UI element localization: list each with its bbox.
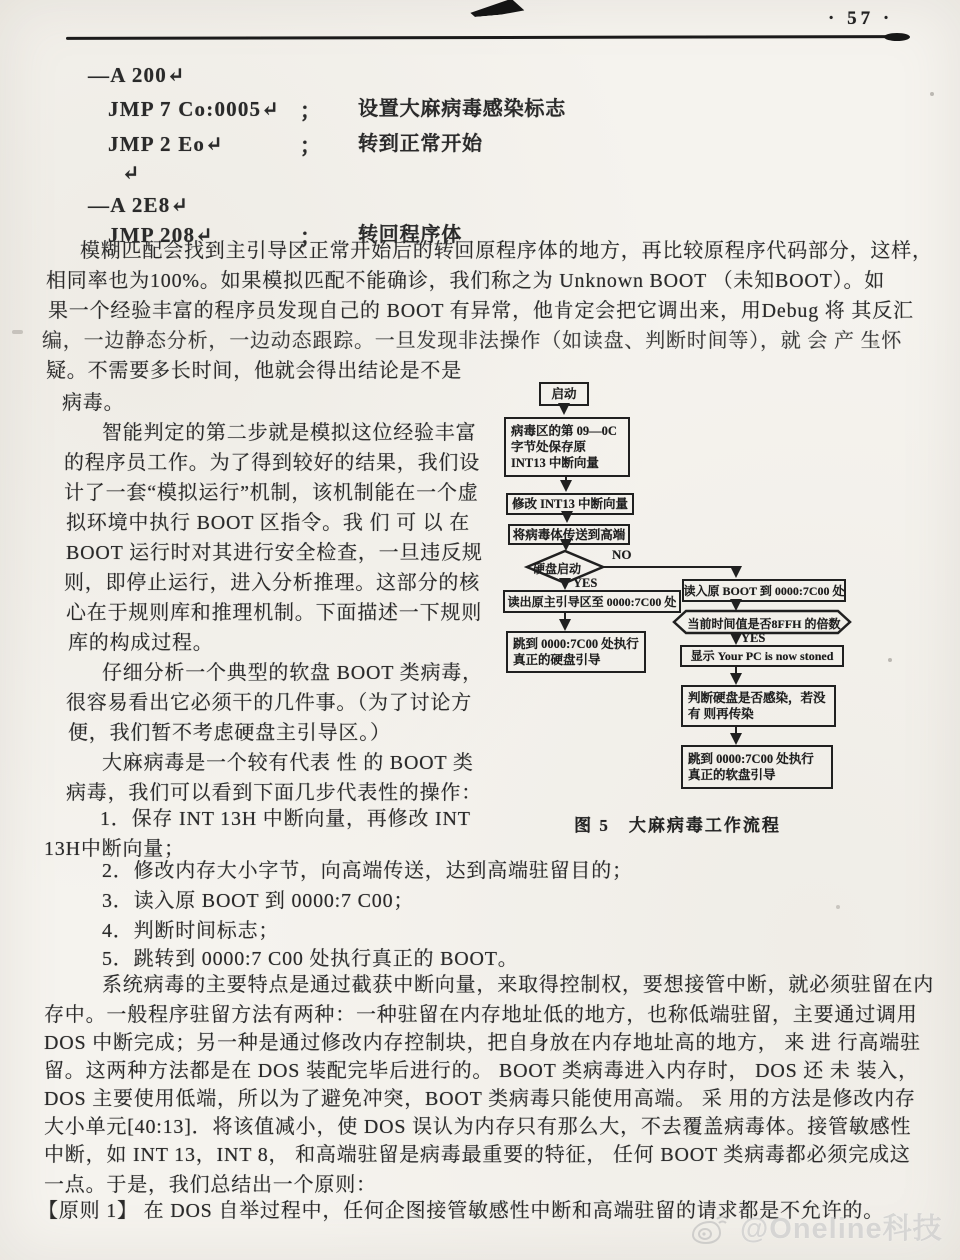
flow-hd-boot-decision-label: 硬盘启动 xyxy=(533,560,581,577)
column-line-2: 智能判定的第二步就是模拟这位经验丰富 xyxy=(102,420,476,446)
header-rule xyxy=(66,35,904,40)
code-line-2-separator: ； xyxy=(300,98,322,124)
list-item-2: 2．修改内存大小字节，向高端传送，达到高端驻留目的； xyxy=(102,858,633,884)
figure-caption: 图 5 大麻病毒工作流程 xyxy=(560,811,795,836)
column-line-6: BOOT 运行时对其进行安全检查，一旦违反规 xyxy=(66,540,483,566)
column-line-5: 拟环境中执行 BOOT 区指令。我 们 可 以 在 xyxy=(66,510,470,536)
para2-line-7: 中断，如 INT 13，INT 8， 和高端驻留是病毒最重要的特征， 任何 BO… xyxy=(44,1142,911,1168)
code-line-2-cmd: JMP 7 Co:0005↵ xyxy=(108,96,280,122)
flow-yes-label-2: YES xyxy=(741,631,765,646)
list-item-3: 3．读入原 BOOT 到 0000:7 C00； xyxy=(102,888,414,914)
scan-speck xyxy=(888,658,892,662)
para2-line-6: 大小单元[40:13]．将该值减小，使 DOS 误认为内存只有那么大，不去覆盖病… xyxy=(44,1114,911,1140)
flow-save-int13-node: 病毒区的第 09—0C 字节处保存原 INT13 中断向量 xyxy=(504,417,630,477)
column-line-4: 计了一套“模拟运行”机制，该机制能在一个虚 xyxy=(64,480,479,506)
code-line-3-comment: 转到正常开始 xyxy=(358,131,483,157)
flow-yes-label-1: YES xyxy=(573,576,597,591)
column-line-8: 心在于规则库和推理机制。下面描述一下规则 xyxy=(66,600,482,626)
flow-modify-int13-node: 修改 INT13 中断向量 xyxy=(506,493,634,515)
code-line-1: —A 200↵ xyxy=(88,62,186,88)
code-line-4: ↵ xyxy=(122,160,141,186)
column-line-9: 库的构成过程。 xyxy=(68,630,214,656)
code-line-5: —A 2E8↵ xyxy=(88,192,189,218)
para2-line-3: DOS 中断完成；另一种是通过修改内存控制块，把自身放在内存地址高的地方， 来 … xyxy=(44,1030,921,1056)
scanned-document-page: · 57 · —A 200↵ JMP 7 Co:0005↵ ； 设置大麻病毒感染… xyxy=(0,0,960,1260)
watermark-text: @Oneline科技 xyxy=(740,1206,943,1247)
header-rule-tip xyxy=(884,33,910,41)
code-line-3-separator: ； xyxy=(300,133,322,159)
page-number: · 57 · xyxy=(828,6,893,32)
column-line-7: 则，即停止运行，进入分析推理。这部分的核 xyxy=(64,570,480,596)
column-line-1: 病毒。 xyxy=(62,390,124,416)
para2-line-8: 一点。于是，我们总结出一个原则： xyxy=(44,1172,377,1198)
para2-line-4: 留。这两种方法都是在 DOS 装配完毕后进行的。 BOOT 类病毒进入内存时， … xyxy=(44,1058,919,1084)
column-line-10: 仔细分析一个典型的软盘 BOOT 类病毒， xyxy=(102,660,483,686)
weibo-logo-icon xyxy=(690,1209,734,1245)
list-item-5: 5．跳转到 0000:7 C00 处执行真正的 BOOT。 xyxy=(102,946,519,972)
para2-line-1: 系统病毒的主要特点是通过截获中断向量，来取得控制权，要想接管中断，就必须驻留在内 xyxy=(102,972,934,998)
para1-line-1: 模糊匹配会找到主引导区正常开始后的转回原程序体的地方，再比较原程序代码部分，这样… xyxy=(80,238,933,264)
flow-read-mbr-node: 读出原主引导区至 0000:7C00 处 xyxy=(503,590,681,613)
code-line-3-cmd: JMP 2 Eo↵ xyxy=(108,131,224,157)
flow-start-node: 启动 xyxy=(539,382,589,406)
column-line-13: 大麻病毒是一个较有代表 性 的 BOOT 类 xyxy=(102,750,474,776)
code-line-2-comment: 设置大麻病毒感染标志 xyxy=(358,96,566,122)
scan-speck xyxy=(930,92,934,96)
flow-read-boot-node: 读入原 BOOT 到 0000:7C00 处 xyxy=(682,579,846,602)
column-line-11: 很容易看出它必须干的几件事。（为了讨论方 xyxy=(66,690,472,716)
ink-smudge xyxy=(469,0,524,17)
column-line-15: 1．保存 INT 13H 中断向量，再修改 INT xyxy=(100,806,471,832)
flow-move-high-node: 将病毒体传送到高端 xyxy=(508,524,630,545)
para1-line-2: 相同率也为100%。如果模拟匹配不能确诊，我们称之为 Unknown BOOT … xyxy=(46,268,885,294)
watermark: @Oneline科技 xyxy=(690,1206,943,1247)
flow-no-label: NO xyxy=(612,547,632,563)
flow-time-check-label: 当前时间值是否8FFH 的倍数 xyxy=(682,615,846,632)
para1-line-5: 疑。不需要多长时间，他就会得出结论是不是 xyxy=(46,358,462,384)
flow-stoned-message-node: 显示 Your PC is now stoned xyxy=(680,645,844,667)
flow-jump-hd-boot-node: 跳到 0000:7C00 处执行 真正的硬盘引导 xyxy=(506,631,646,673)
scan-speck xyxy=(873,341,878,346)
para2-line-2: 存中。一般程序驻留方法有两种：一种驻留在内存地址低的地方，也称低端驻留，主要通过… xyxy=(44,1002,918,1028)
para1-line-3: 果一个经验丰富的程序员发现自己的 BOOT 有异常，他肯定会把它调出来，用Deb… xyxy=(48,298,914,324)
flowchart-figure-5: 启动 病毒区的第 09—0C 字节处保存原 INT13 中断向量 修改 INT1… xyxy=(480,373,945,843)
scan-speck xyxy=(12,330,23,334)
flow-check-infection-node: 判断硬盘是否感染，若没有 则再传染 xyxy=(681,685,836,727)
para2-line-5: DOS 主要使用低端，所以为了避免冲突，BOOT 类病毒只能使用高端。 采 用的… xyxy=(44,1086,916,1112)
list-item-4: 4．判断时间标志； xyxy=(102,918,279,944)
column-line-3: 的程序员工作。为了得到较好的结果，我们设 xyxy=(64,450,480,476)
para1-line-4: 编，一边静态分析，一边动态跟踪。一旦发现非法操作（如读盘、判断时间等），就 会 … xyxy=(42,328,902,354)
column-line-12: 便，我们暂不考虑硬盘主引导区。） xyxy=(68,720,391,746)
flow-jump-fd-boot-node: 跳到 0000:7C00 处执行 真正的软盘引导 xyxy=(681,745,833,789)
scan-speck xyxy=(836,905,840,909)
column-line-14: 病毒，我们可以看到下面几步代表性的操作： xyxy=(66,780,482,806)
